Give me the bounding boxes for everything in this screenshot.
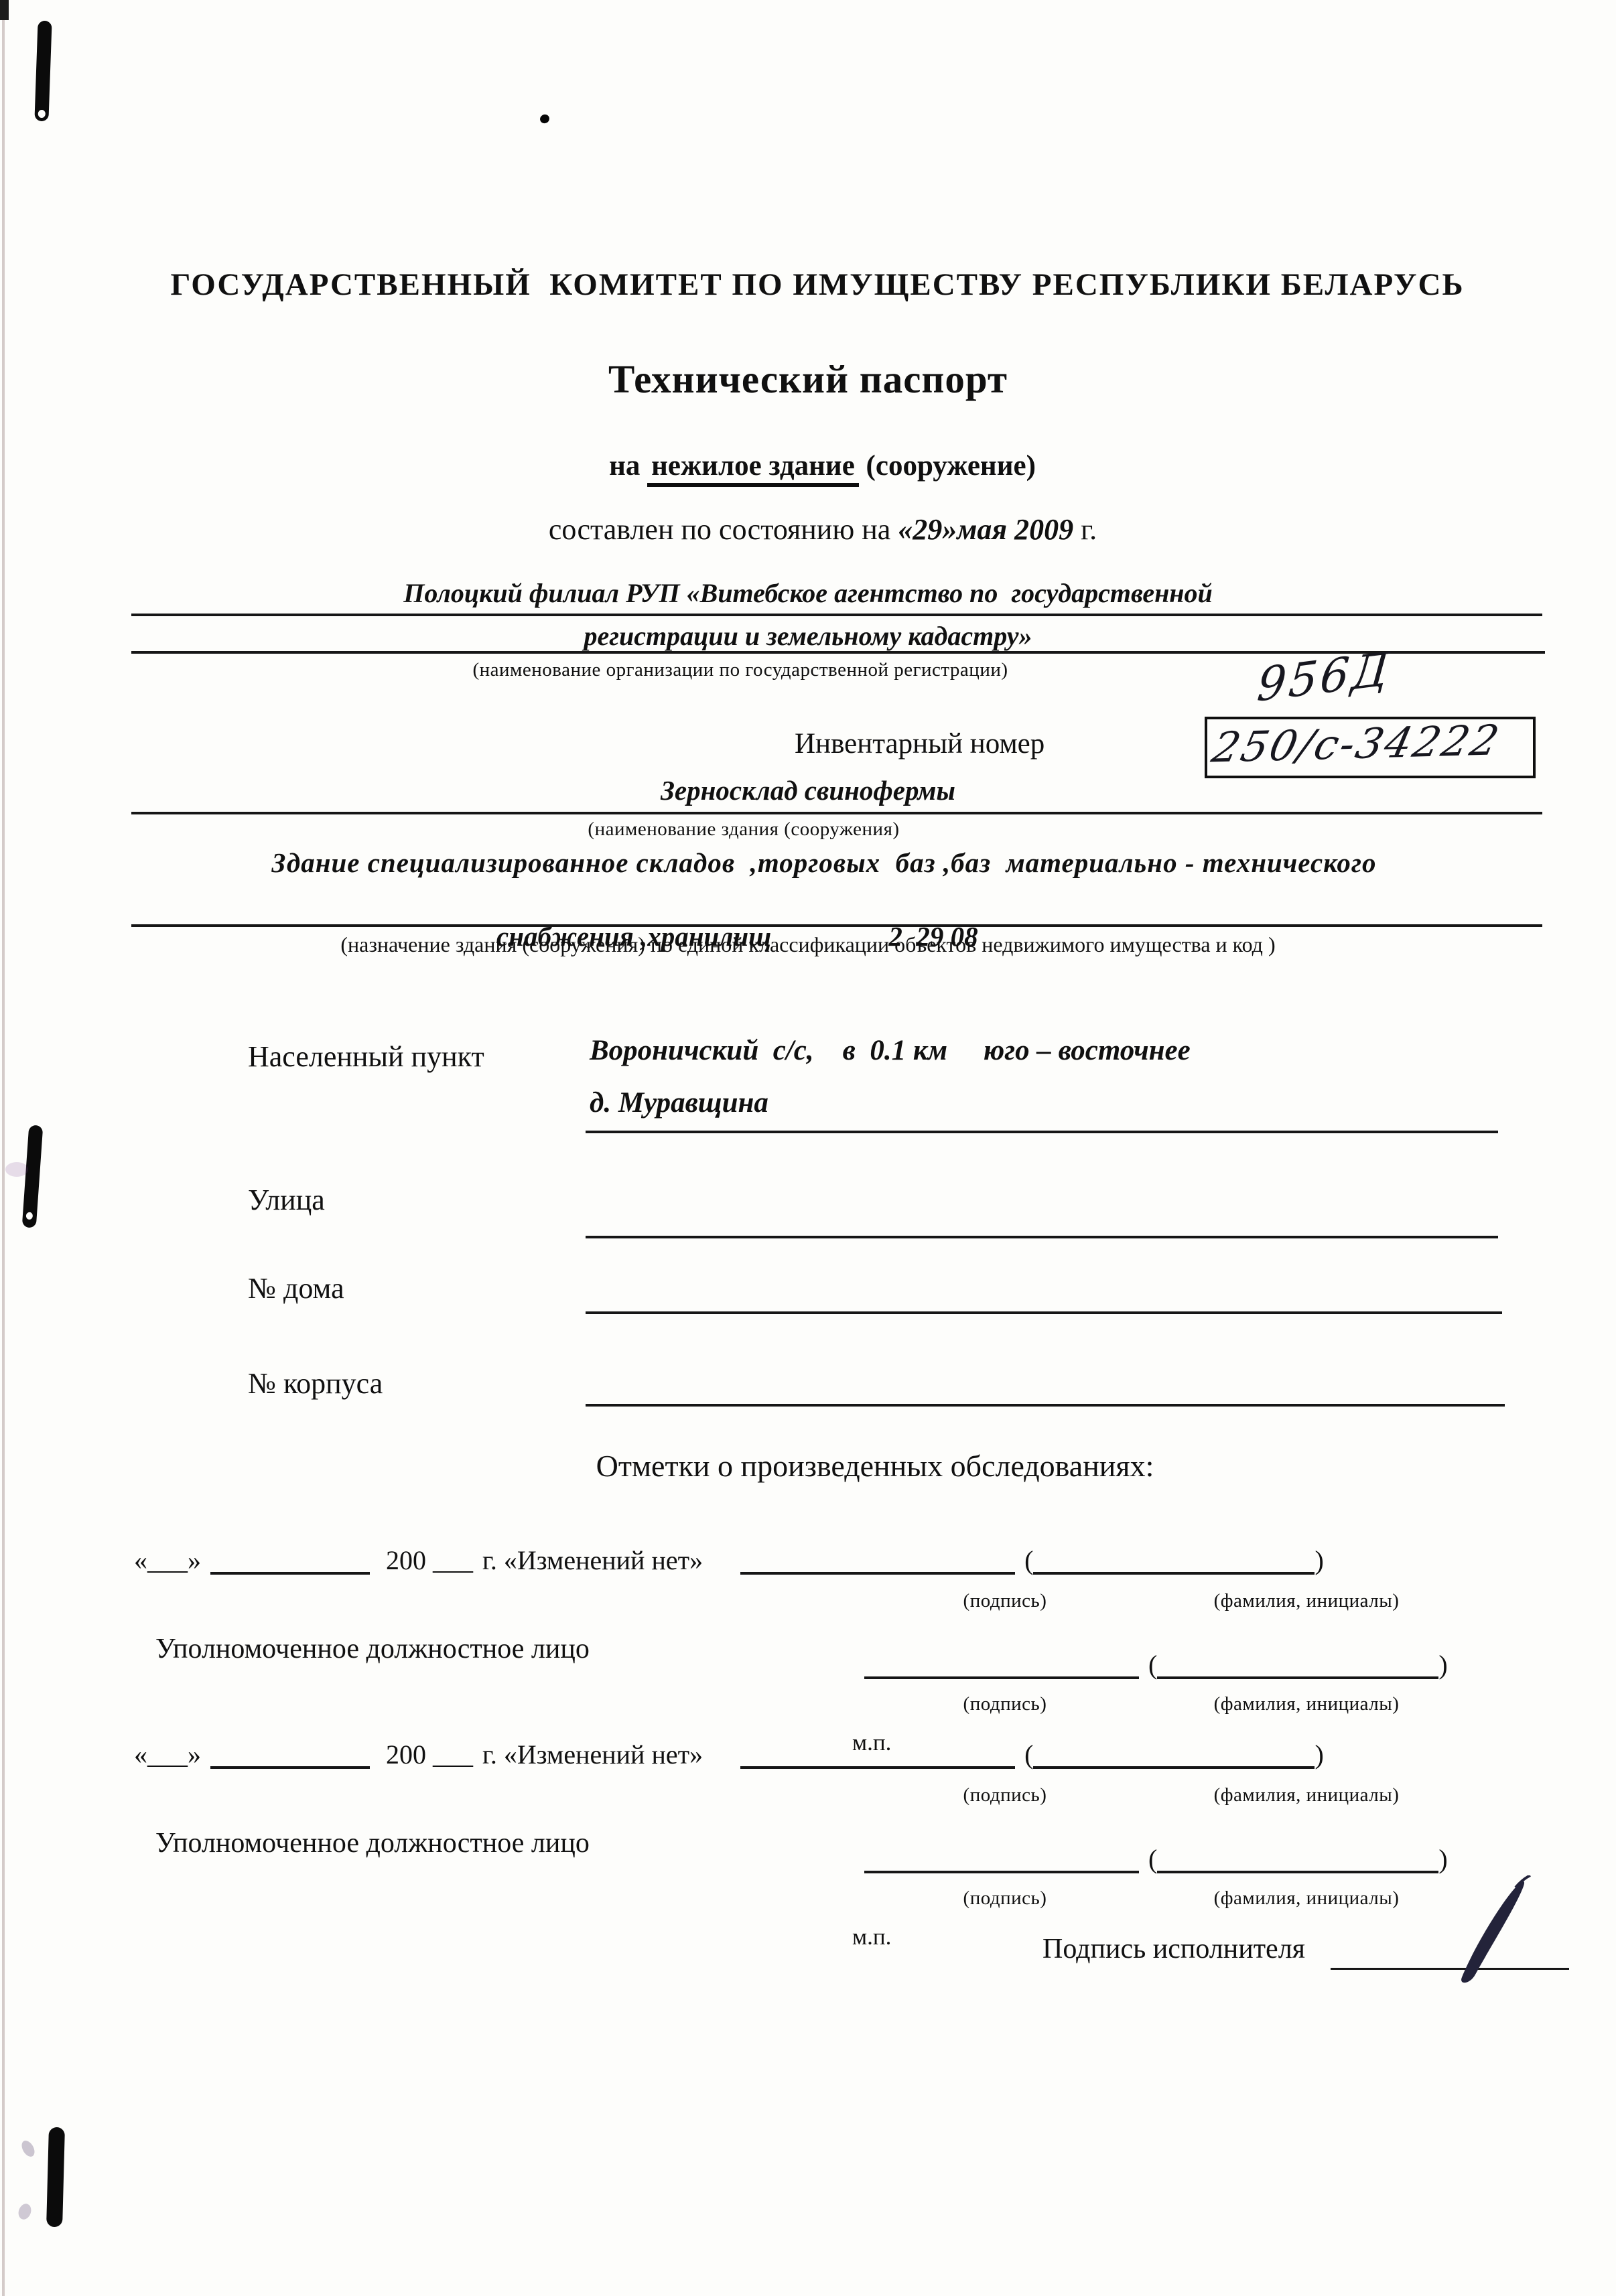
signature-caption: (подпись) bbox=[871, 1784, 1139, 1806]
subtitle-prefix: на bbox=[609, 450, 647, 482]
paren-close: ) bbox=[1315, 1545, 1323, 1576]
rule-line bbox=[131, 924, 1542, 927]
year-blank: ___ bbox=[433, 1739, 473, 1770]
official-label: Уполномоченное должностное лицо bbox=[155, 1827, 590, 1859]
inspections-heading: Отметки о произведенных обследованиях: bbox=[134, 1448, 1616, 1484]
month-blank bbox=[210, 1766, 370, 1769]
name-blank bbox=[1033, 1572, 1315, 1575]
fill-in-line bbox=[586, 1236, 1498, 1238]
building-purpose-caption: (назначение здания (сооружения) по едино… bbox=[0, 932, 1616, 957]
inspection-row-date: «___» 200 ___ г. «Изменений нет» ( ) bbox=[134, 1739, 1324, 1770]
scanned-technical-passport-page: ГОСУДАРСТВЕННЫЙ КОМИТЕТ ПО ИМУЩЕСТВУ РЕС… bbox=[0, 0, 1616, 2296]
staple-mark-bottom bbox=[46, 2127, 65, 2228]
signature-caption: (подпись) bbox=[871, 1590, 1139, 1612]
official-signature-row: ( ) bbox=[864, 1649, 1448, 1680]
date-suffix: г. bbox=[1073, 513, 1097, 546]
pencil-speck bbox=[19, 2139, 38, 2159]
year-blank: ___ bbox=[433, 1545, 473, 1576]
staple-notch bbox=[26, 1212, 33, 1220]
name-caption: (фамилия, инициалы) bbox=[1159, 1887, 1454, 1910]
signature-blank bbox=[740, 1572, 1015, 1575]
settlement-value-line2: д. Муравщина bbox=[590, 1086, 768, 1119]
paren-open: ( bbox=[1148, 1843, 1157, 1875]
name-caption: (фамилия, инициалы) bbox=[1159, 1693, 1454, 1715]
street-label: Улица bbox=[248, 1183, 325, 1217]
settlement-label: Населенный пункт bbox=[248, 1039, 484, 1074]
paren-open: ( bbox=[1024, 1545, 1033, 1576]
staple-mark-top bbox=[34, 21, 52, 122]
rule-line bbox=[131, 812, 1542, 814]
inspection-row-date: «___» 200 ___ г. «Изменений нет» ( ) bbox=[134, 1545, 1324, 1576]
date-blank: «___» bbox=[134, 1739, 201, 1770]
month-blank bbox=[210, 1572, 370, 1575]
staple-notch bbox=[38, 110, 46, 118]
house-number-label: № дома bbox=[248, 1271, 344, 1305]
paren-close: ) bbox=[1315, 1739, 1323, 1770]
fill-in-line bbox=[586, 1404, 1505, 1407]
rule-line bbox=[131, 614, 1542, 616]
paren-close: ) bbox=[1438, 1843, 1447, 1875]
organization-line1: Полоцкий филиал РУП «Витебское агентство… bbox=[0, 577, 1616, 609]
name-caption: (фамилия, инициалы) bbox=[1159, 1590, 1454, 1612]
building-purpose-line1: Здание специализированное складов ,торго… bbox=[100, 847, 1548, 879]
date-value: «29»мая 2009 bbox=[898, 513, 1073, 546]
signature-caption: (подпись) bbox=[871, 1693, 1139, 1715]
corpus-number-label: № корпуса bbox=[248, 1366, 383, 1401]
year-prefix: 200 bbox=[386, 1739, 426, 1770]
date-blank: «___» bbox=[134, 1545, 201, 1576]
settlement-value-line1: Вороничский с/с, в 0.1 км юго – восточне… bbox=[590, 1034, 1191, 1067]
ink-smudge bbox=[5, 1162, 28, 1177]
pencil-speck bbox=[16, 2202, 33, 2222]
official-signature-row: ( ) bbox=[864, 1843, 1448, 1875]
building-name-caption: (наименование здания (сооружения) bbox=[0, 818, 1487, 841]
signature-blank bbox=[864, 1676, 1139, 1679]
no-changes-text: г. «Изменений нет» bbox=[482, 1545, 703, 1576]
fill-in-line bbox=[586, 1311, 1502, 1314]
document-title: Технический паспорт bbox=[0, 356, 1616, 403]
dot-artifact bbox=[539, 113, 551, 125]
signature-caption: (подпись) bbox=[871, 1887, 1139, 1910]
paren-open: ( bbox=[1024, 1739, 1033, 1770]
stamp-placeholder: м.п. bbox=[852, 1924, 891, 1950]
name-blank bbox=[1157, 1676, 1438, 1679]
signature-blank bbox=[740, 1766, 1015, 1769]
name-caption: (фамилия, инициалы) bbox=[1159, 1784, 1454, 1806]
handwritten-signature bbox=[1434, 1875, 1554, 1986]
no-changes-text: г. «Изменений нет» bbox=[482, 1739, 703, 1770]
corner-artifact bbox=[0, 0, 9, 20]
date-prefix: составлен по состоянию на bbox=[549, 513, 898, 546]
compiled-date-line: составлен по состоянию на «29»мая 2009 г… bbox=[0, 478, 1616, 581]
paren-close: ) bbox=[1438, 1649, 1447, 1680]
name-blank bbox=[1157, 1871, 1438, 1873]
document-header: ГОСУДАРСТВЕННЫЙ КОМИТЕТ ПО ИМУЩЕСТВУ РЕС… bbox=[74, 267, 1561, 303]
official-label: Уполномоченное должностное лицо bbox=[155, 1633, 590, 1665]
building-name: Зерносклад свинофермы bbox=[0, 774, 1616, 806]
executor-signature-label: Подпись исполнителя bbox=[1042, 1933, 1305, 1965]
signature-blank bbox=[864, 1871, 1139, 1873]
subtitle-suffix: (сооружение) bbox=[859, 450, 1036, 482]
staple-mark-middle bbox=[22, 1125, 44, 1228]
scan-edge-shadow bbox=[2, 0, 5, 2296]
inventory-number-label: Инвентарный номер bbox=[795, 727, 1045, 760]
year-prefix: 200 bbox=[386, 1545, 426, 1576]
fill-in-line bbox=[586, 1131, 1498, 1133]
name-blank bbox=[1033, 1766, 1315, 1769]
inventory-number-handwritten: 250/с-34222 bbox=[1208, 715, 1505, 772]
paren-open: ( bbox=[1148, 1649, 1157, 1680]
